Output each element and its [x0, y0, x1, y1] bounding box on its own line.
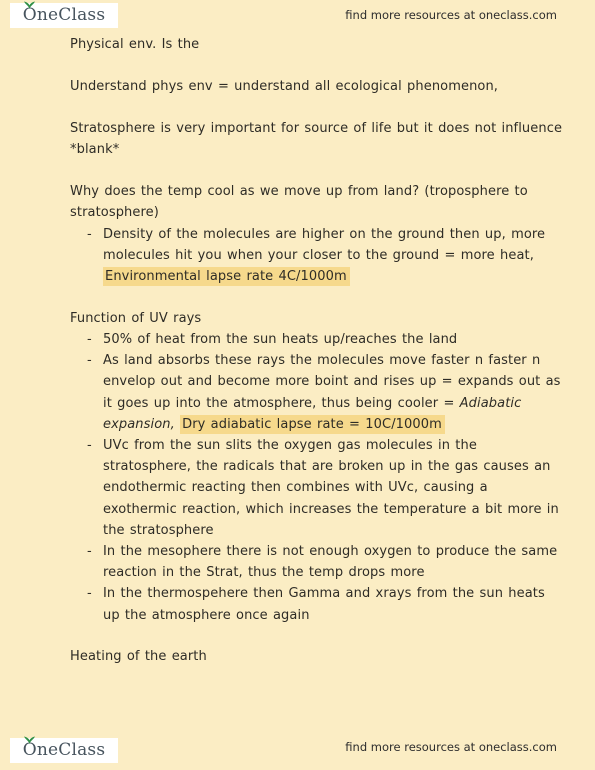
- note-bullet-line: -Density of the molecules are higher on …: [70, 224, 595, 245]
- bullet-dash: -: [87, 224, 92, 245]
- bullet-dash: -: [87, 583, 92, 604]
- note-bullet-line: -In the mesophere there is not enough ox…: [70, 541, 595, 562]
- note-line: Stratosphere is very important for sourc…: [70, 118, 595, 139]
- note-line: Understand phys env = understand all eco…: [70, 76, 595, 97]
- note-text: envelop out and become more boint and ri…: [103, 374, 561, 389]
- bullet-dash: -: [87, 350, 92, 371]
- note-text: Physical env. Is the: [70, 37, 199, 52]
- note-text: Density of the molecules are higher on t…: [103, 227, 545, 242]
- note-line: Why does the temp cool as we move up fro…: [70, 181, 595, 202]
- bullet-dash: -: [87, 541, 92, 562]
- note-text: In the thermospehere then Gamma and xray…: [103, 586, 545, 601]
- page: { "theme": { "page_background": "#fbedc4…: [0, 0, 595, 770]
- oneclass-logo-footer[interactable]: OneClass: [10, 738, 118, 763]
- note-line: endothermic reacting then combines with …: [70, 477, 595, 498]
- note-text: reaction in the Strat, thus the temp dro…: [103, 565, 425, 580]
- note-bullet-line: -50% of heat from the sun heats up/reach…: [70, 329, 595, 350]
- note-text: Why does the temp cool as we move up fro…: [70, 184, 528, 199]
- note-text: UVc from the sun slits the oxygen gas mo…: [103, 438, 477, 453]
- note-text: stratosphere): [70, 205, 159, 220]
- note-text: stratosphere, the radicals that are brok…: [103, 459, 551, 474]
- bullet-dash: -: [87, 329, 92, 350]
- note-line: the stratosphere: [70, 520, 595, 541]
- note-line: Physical env. Is the: [70, 34, 595, 55]
- note-text: *blank*: [70, 142, 119, 157]
- note-line: it goes up into the atmosphere, thus bei…: [70, 393, 595, 414]
- note-text: expansion,: [103, 417, 180, 432]
- note-text: up the atmosphere once again: [103, 608, 310, 623]
- find-resources-link[interactable]: find more resources at oneclass.com: [345, 8, 557, 22]
- note-line: Heating of the earth: [70, 646, 595, 667]
- note-text: exothermic reaction, which increases the…: [103, 502, 559, 517]
- note-line: *blank*: [70, 139, 595, 160]
- note-line: reaction in the Strat, thus the temp dro…: [70, 562, 595, 583]
- note-line: up the atmosphere once again: [70, 605, 595, 626]
- note-body: Physical env. Is theUnderstand phys env …: [0, 34, 595, 668]
- note-text: Function of UV rays: [70, 311, 201, 326]
- oneclass-logo[interactable]: OneClass: [10, 3, 118, 28]
- oneclass-logo-text: OneClass: [23, 7, 106, 24]
- note-bullet-line: -In the thermospehere then Gamma and xra…: [70, 583, 595, 604]
- note-line: molecules hit you when your closer to th…: [70, 245, 595, 266]
- note-text: Stratosphere is very important for sourc…: [70, 121, 562, 136]
- note-text: As land absorbs these rays the molecules…: [103, 353, 540, 368]
- note-line: stratosphere): [70, 202, 595, 223]
- oneclass-logo-text-footer: OneClass: [23, 742, 106, 759]
- note-line: envelop out and become more boint and ri…: [70, 371, 595, 392]
- note-line: Function of UV rays: [70, 308, 595, 329]
- note-line: stratosphere, the radicals that are brok…: [70, 456, 595, 477]
- note-text: the stratosphere: [103, 523, 214, 538]
- note-text: molecules hit you when your closer to th…: [103, 248, 534, 263]
- highlighted-text: Dry adiabatic lapse rate = 10C/1000m: [180, 415, 445, 434]
- note-line: expansion, Dry adiabatic lapse rate = 10…: [70, 414, 595, 435]
- find-resources-link-footer[interactable]: find more resources at oneclass.com: [345, 740, 557, 754]
- note-text: Heating of the earth: [70, 649, 207, 664]
- note-line: exothermic reaction, which increases the…: [70, 499, 595, 520]
- note-bullet-line: -As land absorbs these rays the molecule…: [70, 350, 595, 371]
- note-bullet-line: -UVc from the sun slits the oxygen gas m…: [70, 435, 595, 456]
- leaf-icon: [24, 1, 35, 9]
- bullet-dash: -: [87, 435, 92, 456]
- note-text: Understand phys env = understand all eco…: [70, 79, 498, 94]
- note-text: it goes up into the atmosphere, thus bei…: [103, 396, 460, 411]
- note-line: Environmental lapse rate 4C/1000m: [70, 266, 595, 287]
- note-text: endothermic reacting then combines with …: [103, 480, 488, 495]
- note-text: In the mesophere there is not enough oxy…: [103, 544, 557, 559]
- leaf-icon: [24, 736, 35, 744]
- note-text: Adiabatic: [460, 396, 522, 411]
- highlighted-text: Environmental lapse rate 4C/1000m: [103, 267, 350, 286]
- note-text: 50% of heat from the sun heats up/reache…: [103, 332, 457, 347]
